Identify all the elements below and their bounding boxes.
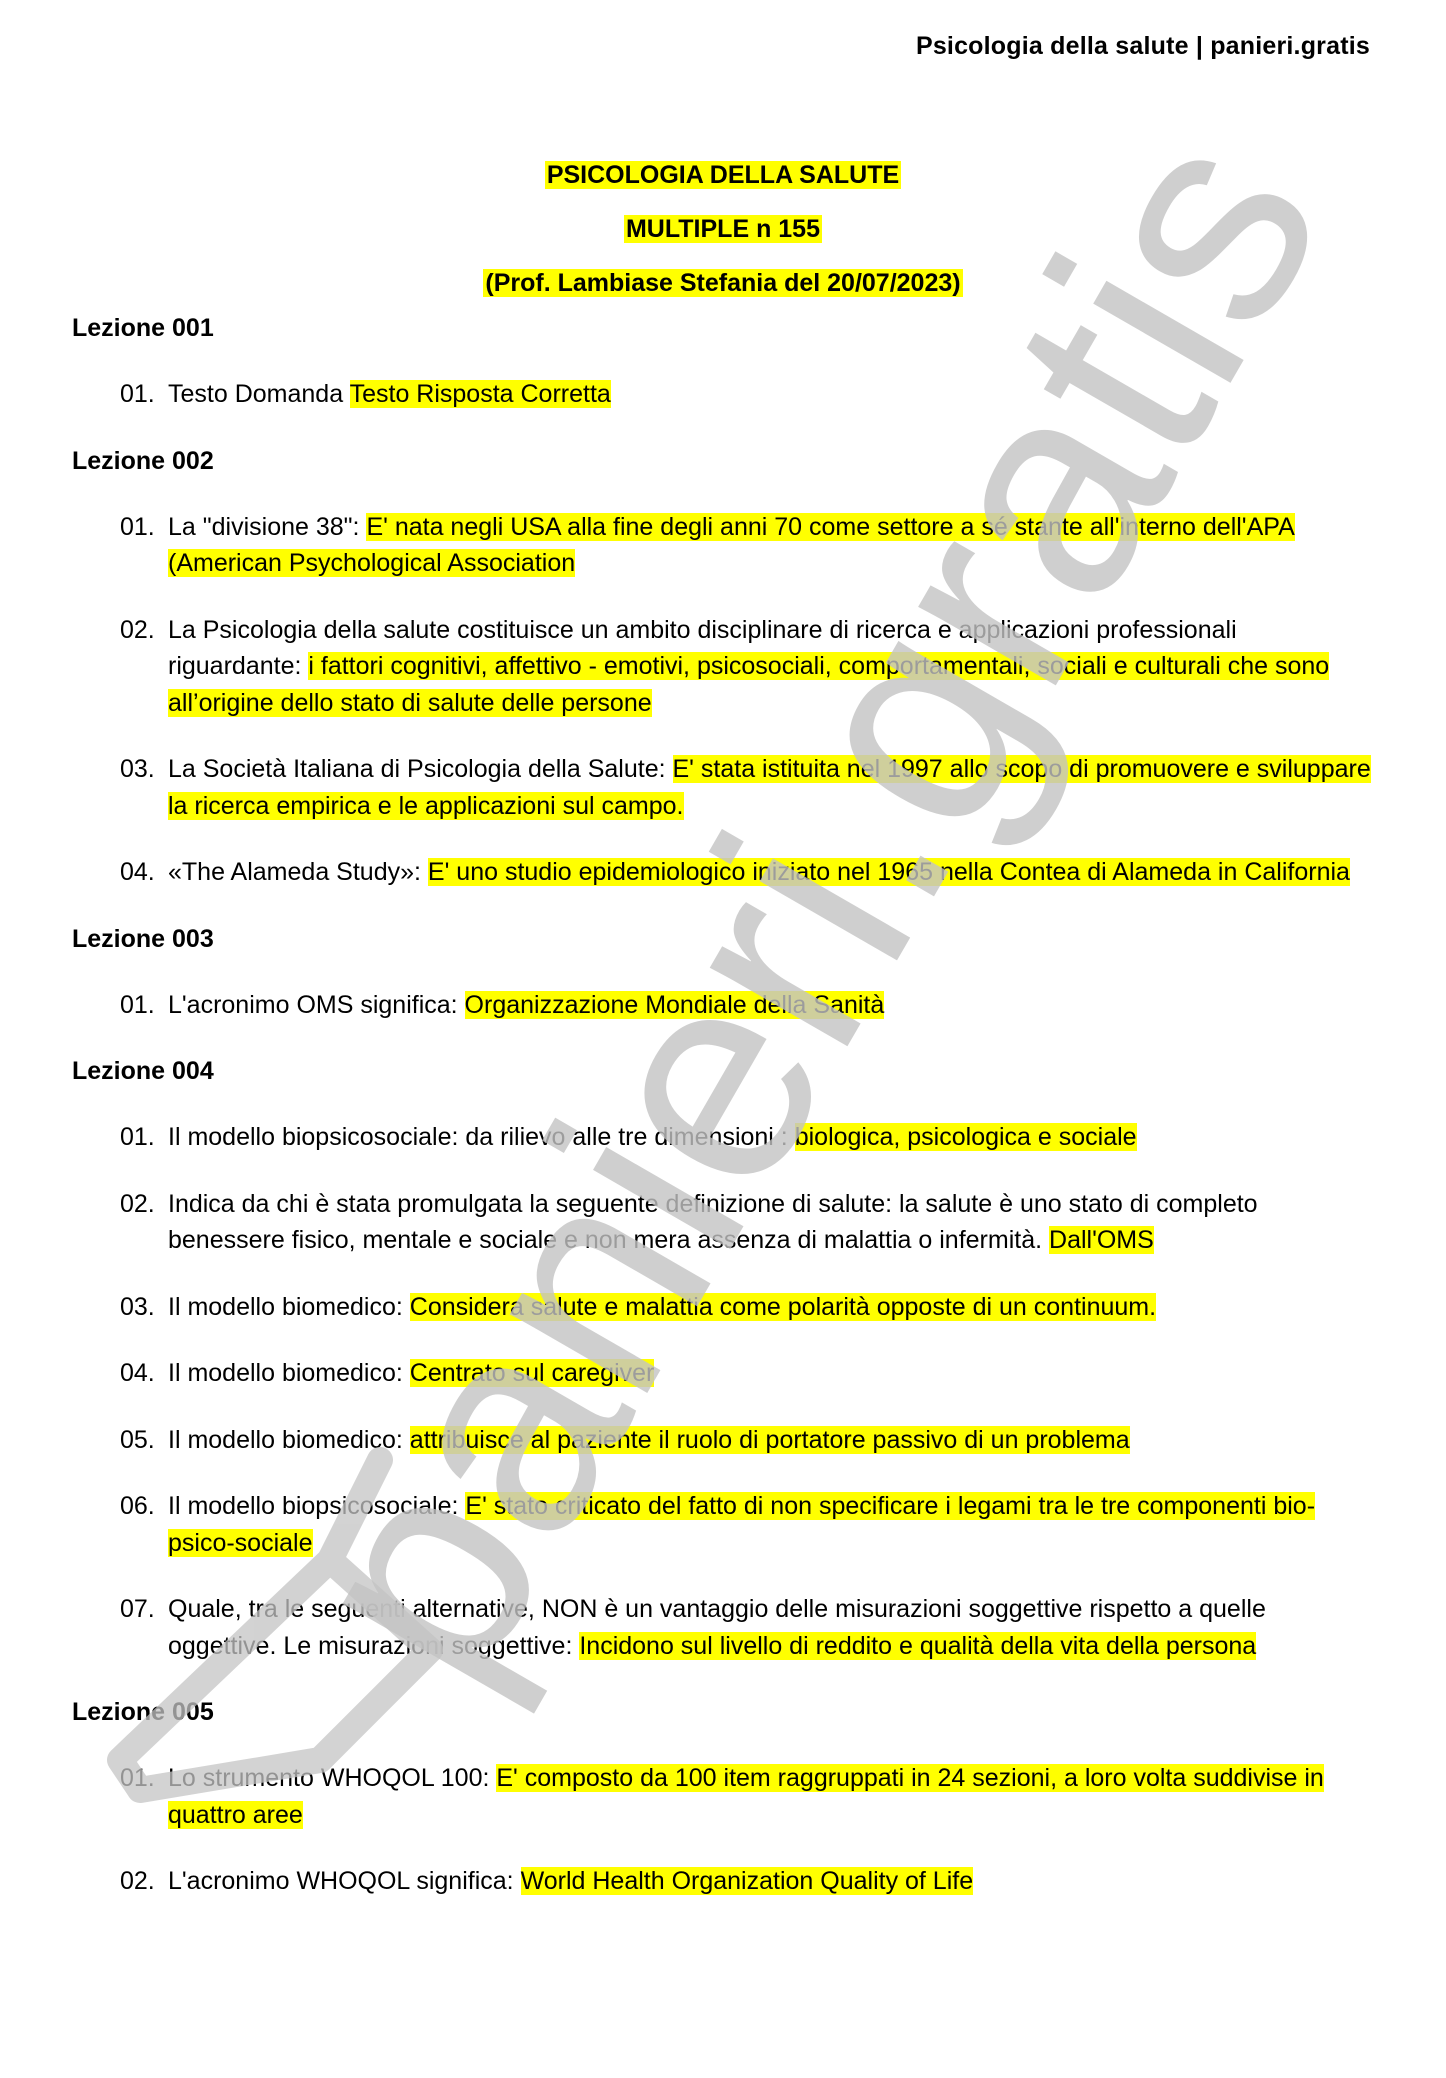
question-item: 01.Testo Domanda Testo Risposta Corretta [72, 376, 1372, 413]
correct-answer: Incidono sul livello di reddito e qualit… [579, 1632, 1256, 1660]
document-author-date: (Prof. Lambiase Stefania del 20/07/2023) [483, 269, 962, 297]
title-block: PSICOLOGIA DELLA SALUTE MULTIPLE n 155 (… [0, 148, 1446, 310]
question-number: 01. [120, 376, 155, 413]
question-number: 02. [120, 1863, 155, 1900]
correct-answer: Centrato sul caregiver [410, 1359, 655, 1387]
lesson-heading: Lezione 004 [72, 1053, 1372, 1089]
lesson-heading: Lezione 002 [72, 443, 1372, 479]
question-number: 01. [120, 509, 155, 546]
question-number: 02. [120, 612, 155, 649]
question-text: La "divisione 38": [168, 513, 366, 541]
lesson-section: Lezione 00401.Il modello biopsicosociale… [72, 1053, 1372, 1664]
question-item: 03.Il modello biomedico: Considera salut… [72, 1289, 1372, 1326]
question-item: 07.Quale, tra le seguenti alternative, N… [72, 1591, 1372, 1664]
question-item: 01.Il modello biopsicosociale: da riliev… [72, 1119, 1372, 1156]
correct-answer: Organizzazione Mondiale della Sanità [465, 991, 885, 1019]
lesson-section: Lezione 00101.Testo Domanda Testo Rispos… [72, 310, 1372, 413]
lesson-heading: Lezione 001 [72, 310, 1372, 346]
question-item: 05.Il modello biomedico: attribuisce al … [72, 1422, 1372, 1459]
question-text: La Società Italiana di Psicologia della … [168, 755, 673, 783]
running-header: Psicologia della salute | panieri.gratis [916, 32, 1370, 61]
question-item: 02.Indica da chi è stata promulgata la s… [72, 1186, 1372, 1259]
correct-answer: attribuisce al paziente il ruolo di port… [410, 1426, 1130, 1454]
question-number: 01. [120, 1119, 155, 1156]
question-number: 06. [120, 1488, 155, 1525]
question-number: 01. [120, 987, 155, 1024]
correct-answer: i fattori cognitivi, affettivo - emotivi… [168, 652, 1329, 717]
question-item: 04.«The Alameda Study»: E' uno studio ep… [72, 854, 1372, 891]
question-text: Il modello biomedico: [168, 1293, 410, 1321]
question-text: Il modello biomedico: [168, 1426, 410, 1454]
question-item: 02.L'acronimo WHOQOL significa: World He… [72, 1863, 1372, 1900]
lesson-heading: Lezione 003 [72, 921, 1372, 957]
question-list: 01.Lo strumento WHOQOL 100: E' composto … [72, 1760, 1372, 1900]
question-number: 03. [120, 751, 155, 788]
question-text: Il modello biomedico: [168, 1359, 410, 1387]
lesson-list: Lezione 00101.Testo Domanda Testo Rispos… [72, 310, 1372, 1930]
question-text: L'acronimo OMS significa: [168, 991, 465, 1019]
question-list: 01.L'acronimo OMS significa: Organizzazi… [72, 987, 1372, 1024]
question-text: Il modello biopsicosociale: da rilievo a… [168, 1123, 795, 1151]
question-number: 03. [120, 1289, 155, 1326]
question-number: 05. [120, 1422, 155, 1459]
correct-answer: Testo Risposta Corretta [350, 380, 611, 408]
question-item: 03.La Società Italiana di Psicologia del… [72, 751, 1372, 824]
correct-answer: biologica, psicologica e sociale [795, 1123, 1137, 1151]
question-list: 01.Testo Domanda Testo Risposta Corretta [72, 376, 1372, 413]
correct-answer: E' uno studio epidemiologico iniziato ne… [428, 858, 1350, 886]
correct-answer: Considera salute e malattia come polarit… [410, 1293, 1156, 1321]
question-item: 01.Lo strumento WHOQOL 100: E' composto … [72, 1760, 1372, 1833]
question-number: 02. [120, 1186, 155, 1223]
lesson-section: Lezione 00301.L'acronimo OMS significa: … [72, 921, 1372, 1024]
question-number: 04. [120, 854, 155, 891]
question-item: 01.La "divisione 38": E' nata negli USA … [72, 509, 1372, 582]
question-list: 01.Il modello biopsicosociale: da riliev… [72, 1119, 1372, 1664]
question-list: 01.La "divisione 38": E' nata negli USA … [72, 509, 1372, 891]
question-text: Lo strumento WHOQOL 100: [168, 1764, 496, 1792]
document-subtitle: MULTIPLE n 155 [624, 215, 822, 243]
lesson-heading: Lezione 005 [72, 1694, 1372, 1730]
question-text: L'acronimo WHOQOL significa: [168, 1867, 521, 1895]
correct-answer: World Health Organization Quality of Lif… [521, 1867, 974, 1895]
question-text: «The Alameda Study»: [168, 858, 428, 886]
lesson-section: Lezione 00501.Lo strumento WHOQOL 100: E… [72, 1694, 1372, 1900]
question-item: 04.Il modello biomedico: Centrato sul ca… [72, 1355, 1372, 1392]
question-text: Il modello biopsicosociale: [168, 1492, 465, 1520]
question-number: 04. [120, 1355, 155, 1392]
question-item: 06.Il modello biopsicosociale: E' stato … [72, 1488, 1372, 1561]
question-number: 01. [120, 1760, 155, 1797]
correct-answer: Dall'OMS [1049, 1226, 1154, 1254]
lesson-section: Lezione 00201.La "divisione 38": E' nata… [72, 443, 1372, 891]
question-number: 07. [120, 1591, 155, 1628]
question-item: 02.La Psicologia della salute costituisc… [72, 612, 1372, 722]
question-text: Testo Domanda [168, 380, 350, 408]
document-title: PSICOLOGIA DELLA SALUTE [545, 161, 901, 189]
question-item: 01.L'acronimo OMS significa: Organizzazi… [72, 987, 1372, 1024]
